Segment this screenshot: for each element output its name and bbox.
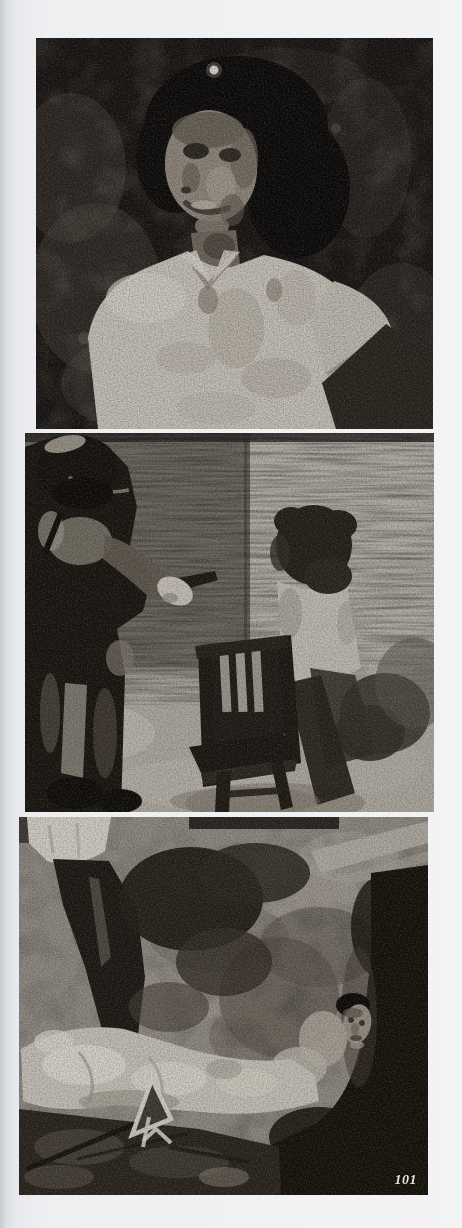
photo-frame-2 (25, 433, 434, 812)
middle-photo-art (25, 433, 434, 812)
scanned-page: 101 (0, 0, 462, 1228)
photo-frame-1 (36, 38, 433, 429)
photo-frame-3: 101 (19, 817, 428, 1195)
top-photo-art (36, 38, 433, 429)
bottom-photo-art (19, 817, 428, 1195)
page-number: 101 (395, 1173, 418, 1189)
